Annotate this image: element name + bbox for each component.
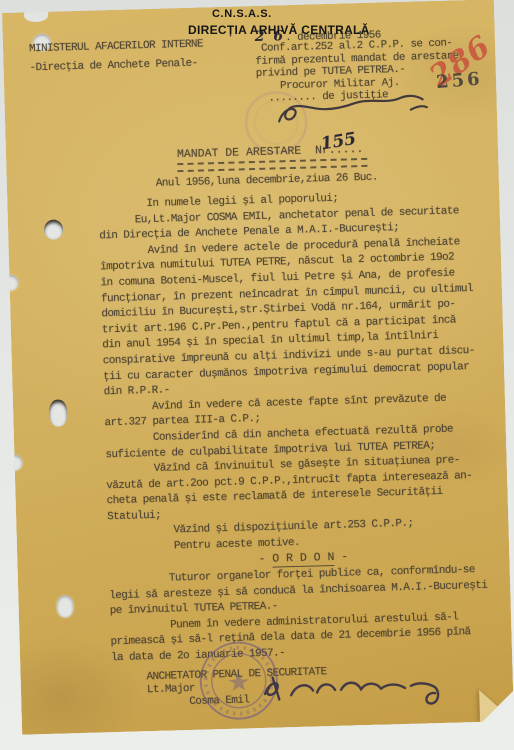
investigator-signature (252, 658, 463, 720)
paper-tear (24, 9, 49, 23)
archive-overlay-title: C.N.S.A.S. (212, 8, 272, 20)
punch-hole (49, 399, 68, 426)
dateline: Anul 1956,luna decembrie,ziua 26 Buc. (156, 171, 378, 193)
punch-hole (44, 219, 64, 240)
document-page: MINISTERUL AFACERILOR INTERNE-Direcția d… (2, 0, 514, 735)
archive-overlay-subtitle: DIRECȚIA ARHIVĂ CENTRALĂ (188, 23, 370, 37)
punch-hole (2, 275, 18, 291)
letterhead: MINISTERUL AFACERILOR INTERNE-Direcția d… (29, 35, 204, 78)
body-text-upper: In numele legii și al poporului; Eu,Lt.M… (98, 188, 498, 557)
letterhead-line: -Direcția de Anchete Penale- (29, 54, 204, 78)
punch-hole (6, 455, 22, 471)
order-word: O R D O N (272, 551, 335, 568)
black-pencil-number: 256 (435, 68, 483, 93)
folded-corner (479, 689, 514, 722)
punch-hole (56, 595, 74, 617)
body-text-lower: Tuturor organelor forței publice ca, con… (109, 562, 501, 666)
